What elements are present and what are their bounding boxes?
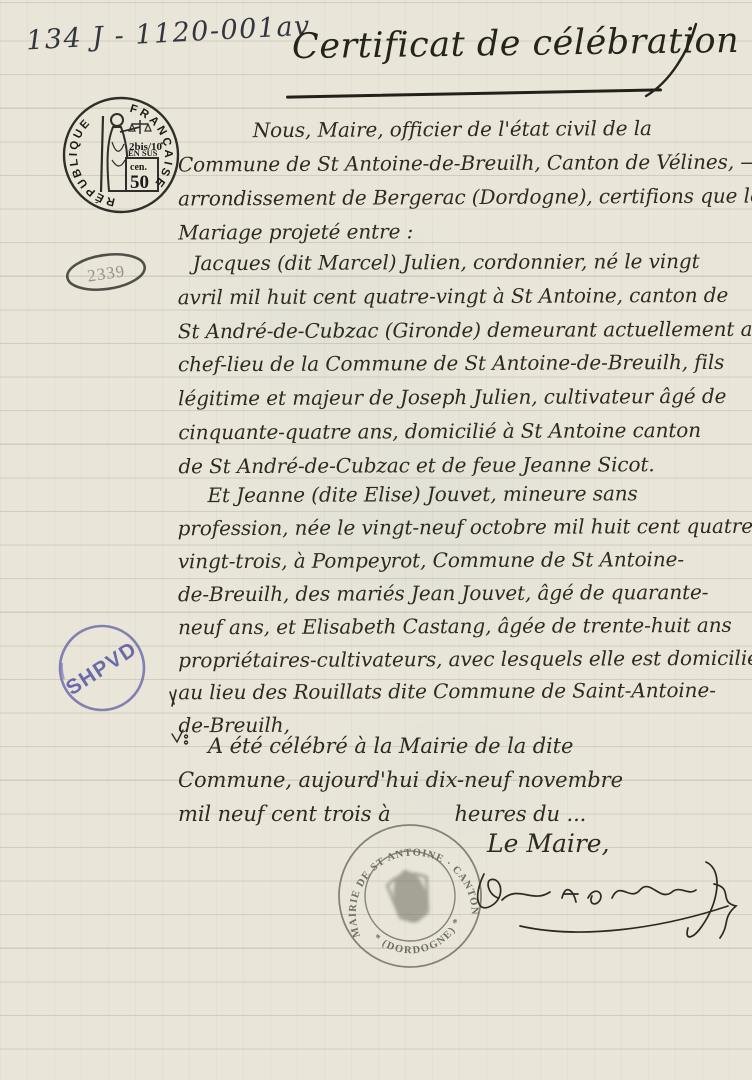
- text-line: Mariage projeté entre :: [178, 212, 752, 249]
- shpvd-stamp-text: SHPVD: [62, 637, 142, 700]
- text-line: St André-de-Cubzac (Gironde) demeurant a…: [178, 312, 752, 348]
- revenue-stamp: RÉPUBLIQUE FRANÇAISE 2bis/10 EN SUS cen.…: [60, 94, 182, 216]
- control-number-stamp: 2339: [60, 246, 152, 298]
- revenue-stamp-left-arc-text: RÉPUBLIQUE: [68, 116, 116, 208]
- title-flourish-stroke: [642, 20, 712, 100]
- archival-reference: 134 J - 1120-001av: [25, 11, 311, 57]
- revenue-stamp-value: 50: [130, 172, 149, 193]
- mayor-signature: [462, 846, 748, 964]
- text-line: arrondissement de Bergerac (Dordogne), c…: [178, 178, 752, 215]
- text-line: vingt-trois, à Pompeyrot, Commune de St …: [178, 543, 752, 578]
- paragraph-preamble: Nous, Maire, officier de l'état civil de…: [178, 110, 752, 249]
- text-line: Et Jeanne (dite Elise) Jouvet, mineure s…: [177, 477, 752, 512]
- revenue-stamp-surtax-2: EN SUS: [128, 148, 158, 158]
- paragraph-groom: Jacques (dit Marcel) Julien, cordonnier,…: [177, 245, 752, 484]
- text-line: Commune, aujourd'hui dix-neuf novembre: [178, 763, 623, 797]
- text-line: neuf ans, et Elisabeth Castang, âgée de …: [178, 608, 752, 643]
- text-line: Nous, Maire, officier de l'état civil de…: [178, 110, 752, 147]
- text-line: A été célébré à la Mairie de la dite: [178, 729, 623, 763]
- text-line: légitime et majeur de Joseph Julien, cul…: [178, 380, 752, 416]
- title-underline: [286, 88, 662, 98]
- svg-text:RÉPUBLIQUE: RÉPUBLIQUE: [68, 116, 116, 208]
- text-line: profession, née le vingt-neuf octobre mi…: [178, 510, 752, 545]
- control-number-text: 2339: [86, 261, 126, 285]
- text-line: Jacques (dit Marcel) Julien, cordonnier,…: [177, 245, 752, 281]
- text-line: avril mil huit cent quatre-vingt à St An…: [178, 279, 752, 315]
- text-line: au lieu des Rouillats dite Commune de Sa…: [178, 674, 752, 709]
- pen-mark-icon: [162, 688, 192, 748]
- paragraph-celebration: A été célébré à la Mairie de la dite Com…: [178, 729, 623, 831]
- text-line: propriétaires-cultivateurs, avec lesquel…: [178, 641, 752, 676]
- text-line: de-Breuilh, des mariés Jean Jouvet, âgé …: [178, 575, 752, 610]
- text-line: Commune de St Antoine-de-Breuilh, Canton…: [178, 144, 752, 181]
- shpvd-stamp: SHPVD: [54, 621, 150, 717]
- text-line: cinquante-quatre ans, domicilié à St Ant…: [178, 414, 752, 450]
- document-page: 134 J - 1120-001av Certificat de célébra…: [0, 0, 752, 1080]
- mairie-stamp-emblem: [385, 865, 435, 926]
- paragraph-bride: Et Jeanne (dite Elise) Jouvet, mineure s…: [177, 477, 752, 743]
- text-line: chef-lieu de la Commune de St Antoine-de…: [178, 346, 752, 382]
